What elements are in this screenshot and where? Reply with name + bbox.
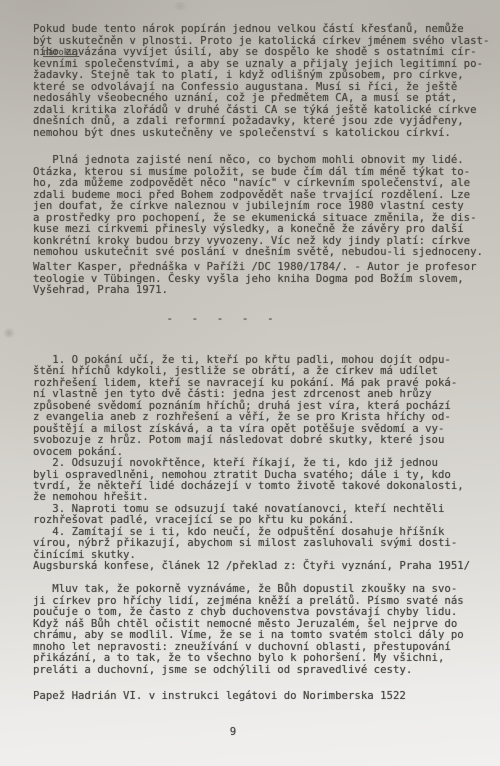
- interlinear-insertion: nároku,: [43, 49, 79, 58]
- scan-smudge: [170, 2, 190, 10]
- source-attribution-kasper: Walter Kasper, přednáška v Paříži /DC 19…: [33, 262, 477, 297]
- paragraph-unity: Plná jednota zajisté není něco, co bycho…: [33, 155, 483, 259]
- paragraph-intro: Pokud bude tento nárok popírán jednou ve…: [33, 24, 489, 139]
- page-number: 9: [0, 727, 466, 739]
- scanned-page: Pokud bude tento nárok popírán jednou ve…: [0, 0, 500, 766]
- source-attribution-hadrian: Papež Hadrián VI. v instrukci legátovi d…: [33, 691, 406, 703]
- numbered-confession-articles: 1. O pokání učí, že ti, kteří po křtu pa…: [33, 355, 464, 561]
- scan-smudge: [2, 328, 16, 338]
- source-attribution-augsburg: Augsburská konfese, článek 12 /překlad z…: [33, 561, 470, 573]
- separator-dashes: - - - - -: [0, 314, 442, 326]
- paragraph-hadrian-quote: Mluv tak, že pokorně vyznáváme, že Bůh d…: [33, 584, 464, 676]
